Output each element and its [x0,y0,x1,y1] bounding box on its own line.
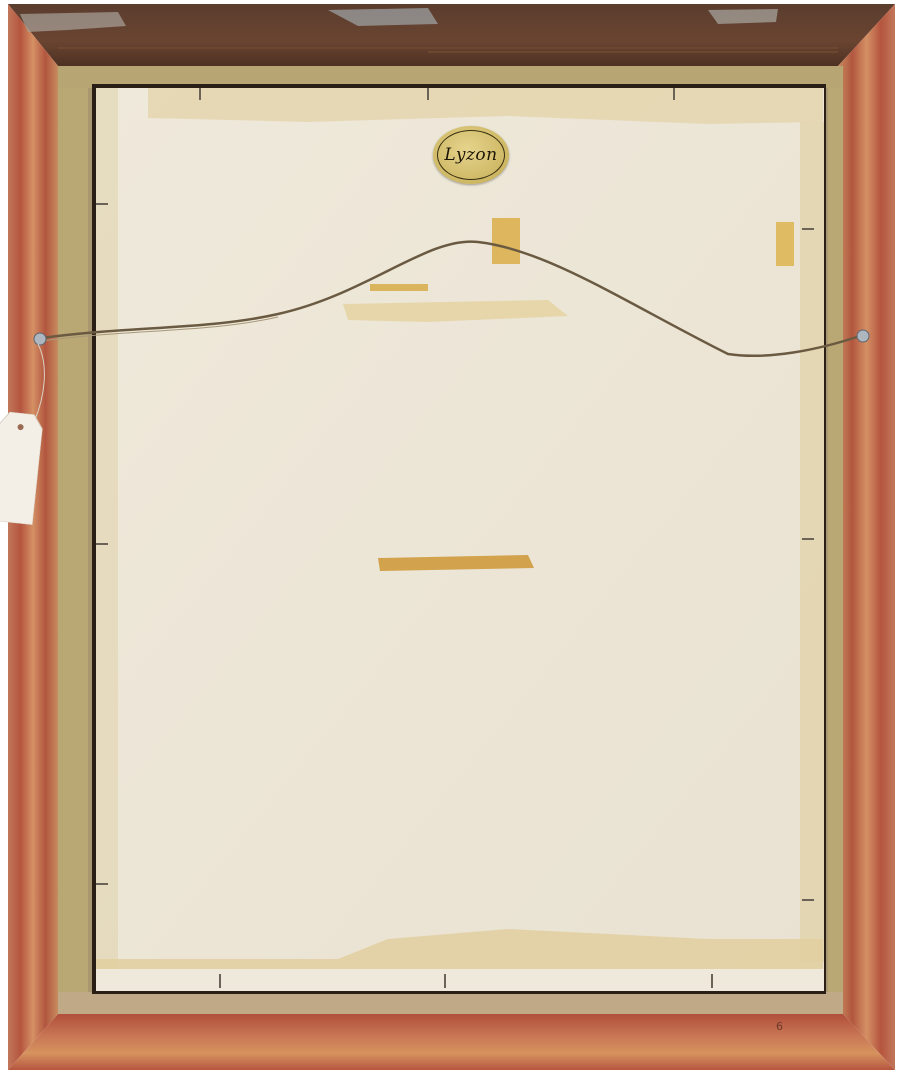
corner-pencil-mark: 6 [776,1020,783,1033]
maker-label-sticker: Lyzon [433,126,509,184]
maker-label-text: Lyzon [444,145,497,165]
